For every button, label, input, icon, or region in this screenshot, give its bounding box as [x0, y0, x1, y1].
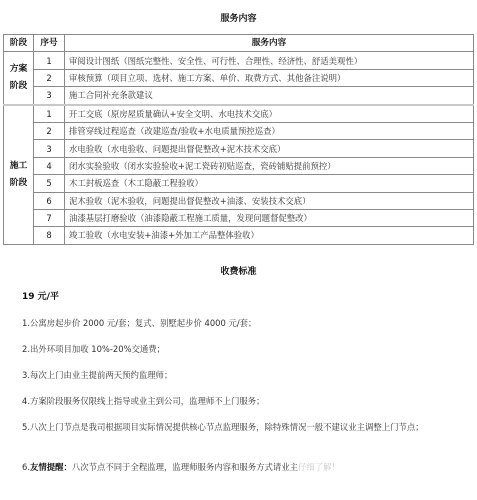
table-row: 方案 阶段 1 审阅设计图纸（图纸完整性、安全性、可行性、合理性、经济性、舒适美…: [4, 52, 474, 69]
row-content: 开工交底（原房屋质量确认+安全文明、水电技术交底）: [65, 105, 474, 123]
row-content: 竣工验收（水电安装+油漆+外加工产品整体验收）: [65, 227, 474, 244]
stage-cell-plan: 方案 阶段: [4, 52, 34, 105]
stage-cell-construction: 施工 阶段: [4, 105, 34, 245]
fee-item-3: 3.每次上门由业主提前两天预约监理师；: [22, 368, 462, 383]
row-number: 2: [34, 69, 65, 86]
table-row: 8 竣工验收（水电安装+油漆+外加工产品整体验收）: [4, 227, 474, 244]
stage-label-line2: 阶段: [8, 78, 29, 95]
header-number: 序号: [34, 35, 65, 52]
row-content: 施工合同补充条款建议: [65, 87, 474, 105]
row-number: 2: [34, 122, 65, 139]
stage-label-line2: 阶段: [8, 175, 29, 192]
service-section-title: 服务内容: [0, 11, 477, 24]
fee-section-title: 收费标准: [0, 264, 477, 277]
header-stage: 阶段: [4, 35, 34, 52]
table-row: 3 施工合同补充条款建议: [4, 87, 474, 105]
stage-label-line1: 施工: [8, 158, 29, 175]
table-row: 4 闭水实验验收（闭水实验验收+泥工瓷砖初贴巡查，瓷砖铺贴提前预控）: [4, 157, 474, 174]
table-row: 7 油漆基层打磨验收（油漆隐蔽工程施工质量，发现问题督促整改）: [4, 209, 474, 226]
price-per-sqm: 19 元/平: [22, 290, 462, 305]
table-row: 施工 阶段 1 开工交底（原房屋质量确认+安全文明、水电技术交底）: [4, 105, 474, 123]
fee-item-1: 1.公寓房起步价 2000 元/套；复式、别墅起步价 4000 元/套；: [22, 316, 462, 331]
row-content: 木工封板巡查（木工隐蔽工程验收）: [65, 175, 474, 192]
fee-item-2: 2.出外环项目加收 10%-20%交通费；: [22, 342, 462, 357]
row-content: 水电验收（水电验收、问题提出督促整改+泥木技术交底）: [65, 140, 474, 157]
table-row: 2 审核预算（项目立项、选材、施工方案、单价、取费方式、其他备注说明）: [4, 69, 474, 86]
row-content: 审核预算（项目立项、选材、施工方案、单价、取费方式、其他备注说明）: [65, 69, 474, 86]
service-table: 阶段 序号 服务内容 方案 阶段 1 审阅设计图纸（图纸完整性、安全性、可行性、…: [3, 34, 474, 245]
row-content: 泥木验收（泥木验收，问题提出督促整改+油漆、安装技术交底）: [65, 192, 474, 209]
fee-item-6-reminder: 6.友情提醒：八次节点不同于全程监理，监理师服务内容和服务方式请业主仔细了解！: [22, 460, 462, 475]
row-number: 1: [34, 52, 65, 69]
row-number: 5: [34, 175, 65, 192]
fee-item-4: 4.方案阶段服务仅限线上指导或业主到公司，监理师不上门服务；: [22, 394, 462, 409]
row-content: 油漆基层打磨验收（油漆隐蔽工程施工质量，发现问题督促整改）: [65, 209, 474, 226]
table-header-row: 阶段 序号 服务内容: [4, 35, 474, 52]
table-row: 5 木工封板巡查（木工隐蔽工程验收）: [4, 175, 474, 192]
reminder-text: 八次节点不同于全程监理，监理师服务内容和服务方式请业主: [72, 462, 298, 472]
row-number: 7: [34, 209, 65, 226]
row-number: 3: [34, 87, 65, 105]
table-row: 3 水电验收（水电验收、问题提出督促整改+泥木技术交底）: [4, 140, 474, 157]
table-row: 6 泥木验收（泥木验收，问题提出督促整改+油漆、安装技术交底）: [4, 192, 474, 209]
header-content: 服务内容: [65, 35, 474, 52]
reminder-prefix: 6.: [22, 462, 30, 472]
reminder-label: 友情提醒：: [30, 462, 72, 472]
table-row: 2 排管穿线过程巡查（改建巡查/验收+水电质量预控巡查）: [4, 122, 474, 139]
row-content: 审阅设计图纸（图纸完整性、安全性、可行性、合理性、经济性、舒适美观性）: [65, 52, 474, 69]
row-number: 3: [34, 140, 65, 157]
stage-label-line1: 方案: [8, 61, 29, 78]
row-content: 闭水实验验收（闭水实验验收+泥工瓷砖初贴巡查，瓷砖铺贴提前预控）: [65, 157, 474, 174]
row-number: 8: [34, 227, 65, 244]
reminder-faded-tail: 仔细了解！: [298, 462, 340, 472]
fee-item-5: 5.八次上门节点是我司根据项目实际情况提供核心节点监理服务，除特殊情况一般不建议…: [22, 420, 462, 435]
row-content: 排管穿线过程巡查（改建巡查/验收+水电质量预控巡查）: [65, 122, 474, 139]
row-number: 4: [34, 157, 65, 174]
row-number: 6: [34, 192, 65, 209]
row-number: 1: [34, 105, 65, 123]
